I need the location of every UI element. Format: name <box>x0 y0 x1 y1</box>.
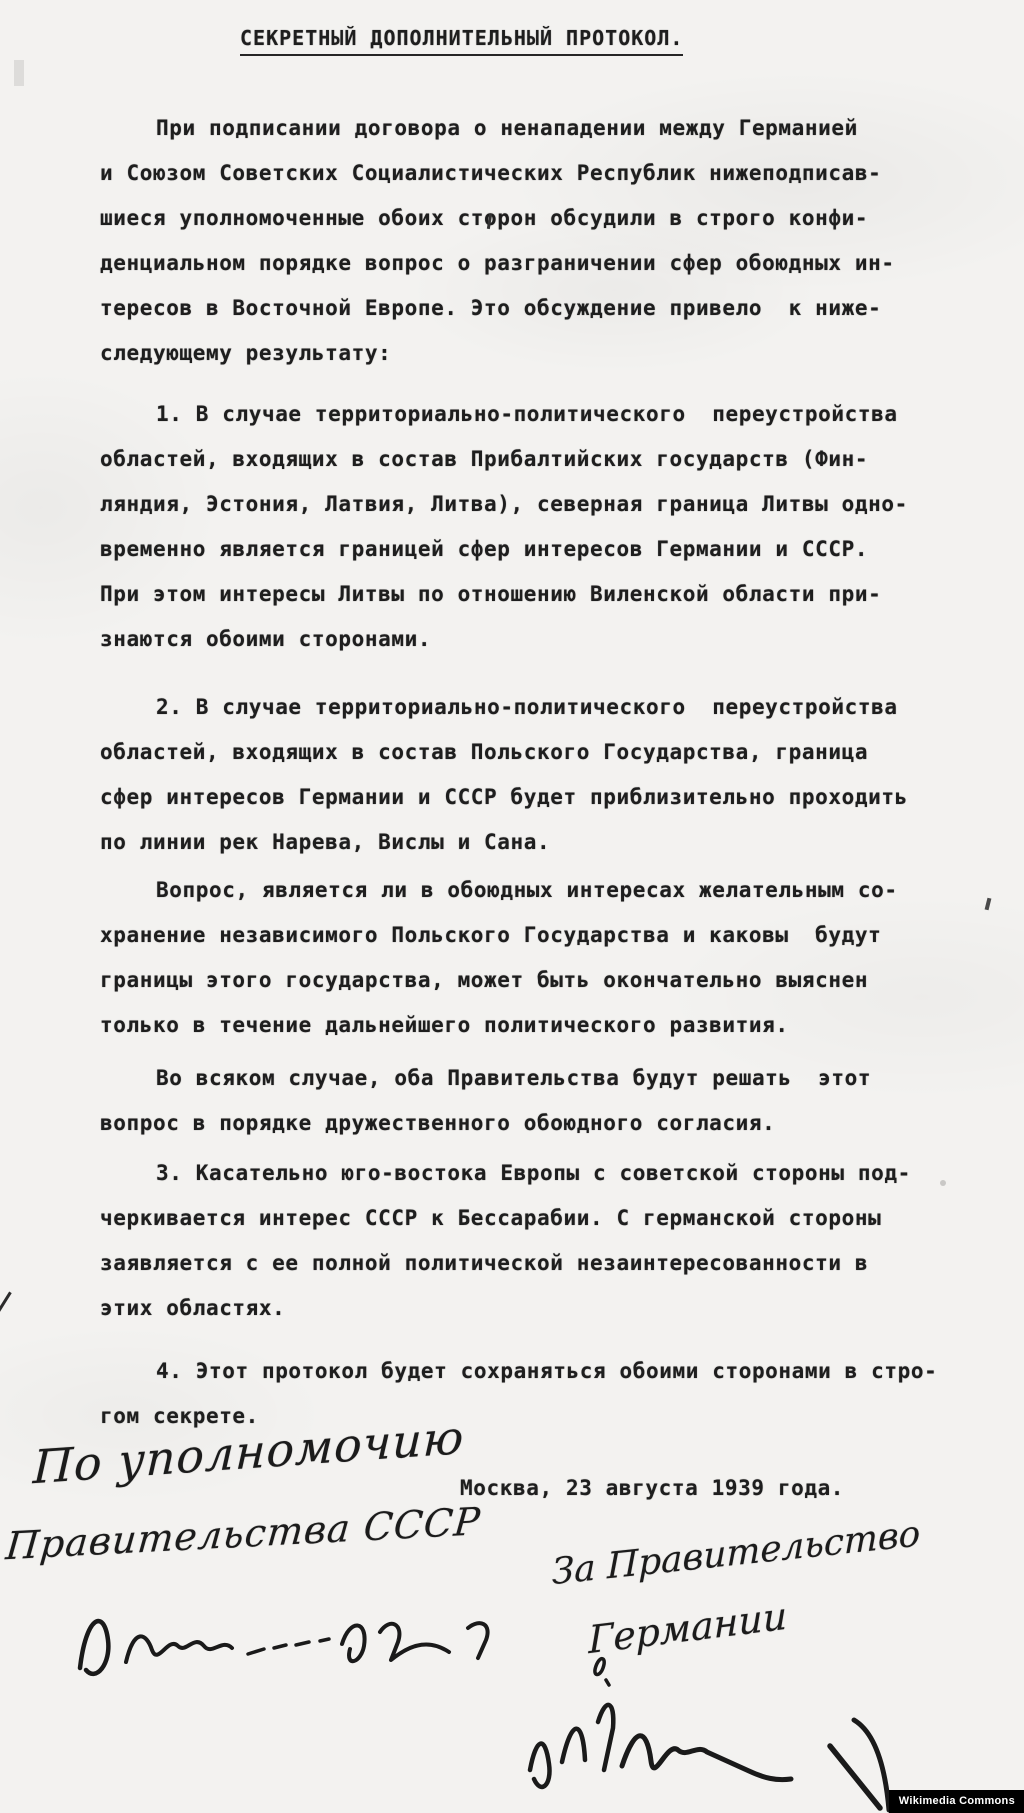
text-line: денциальном порядке вопрос о разграничен… <box>100 241 980 286</box>
text-line: шиеся уполномоченные обоих сторон обсуди… <box>100 196 980 241</box>
text-line: временно является границей сфер интересо… <box>100 527 980 572</box>
paragraph-clause-1: 1. В случае территориально-политического… <box>100 392 980 662</box>
text-line: ляндия, Эстония, Латвия, Литва), северна… <box>100 482 980 527</box>
text-line: 3. Касательно юго-востока Европы с совет… <box>100 1151 980 1196</box>
text-line: границы этого государства, может быть ок… <box>100 958 980 1003</box>
text-line: тересов в Восточной Европе. Это обсужден… <box>100 286 980 331</box>
paragraph-clause-2: 2. В случае территориально-политического… <box>100 685 980 865</box>
german-government-handwriting: За Правительство <box>552 1513 920 1593</box>
scanned-document-page: СЕКРЕТНЫЙ ДОПОЛНИТЕЛЬНЫЙ ПРОТОКОЛ. При п… <box>0 0 1024 1813</box>
scan-artifact <box>985 898 992 911</box>
text-line: областей, входящих в состав Польского Го… <box>100 730 980 775</box>
molotov-signature-scrawl <box>70 1588 510 1703</box>
paragraph-clause-3: 3. Касательно юго-востока Европы с совет… <box>100 1151 980 1331</box>
scan-artifact <box>0 1291 12 1318</box>
dateline: Москва, 23 августа 1939 года. <box>460 1476 844 1500</box>
text-line: заявляется с ее полной политической неза… <box>100 1241 980 1286</box>
text-line: сфер интересов Германии и СССР будет при… <box>100 775 980 820</box>
text-line: Вопрос, является ли в обоюдных интересах… <box>100 868 980 913</box>
text-line: При подписании договора о ненападении ме… <box>100 106 980 151</box>
document-title: СЕКРЕТНЫЙ ДОПОЛНИТЕЛЬНЫЙ ПРОТОКОЛ. <box>240 26 683 56</box>
paragraph-preamble: При подписании договора о ненападении ме… <box>100 106 980 376</box>
text-line: следующему результату: <box>100 331 980 376</box>
text-line: знаются обоими сторонами. <box>100 617 980 662</box>
text-line: черкивается интерес СССР к Бессарабии. С… <box>100 1196 980 1241</box>
text-line: областей, входящих в состав Прибалтийски… <box>100 437 980 482</box>
text-line: 1. В случае территориально-политического… <box>100 392 980 437</box>
paragraph-mutual-decision: Во всяком случае, оба Правительства буду… <box>100 1056 980 1146</box>
ribbentrop-signature-scrawl <box>500 1650 900 1813</box>
text-line: по линии рек Нарева, Вислы и Сана. <box>100 820 980 865</box>
text-line: только в течение дальнейшего политическо… <box>100 1003 980 1048</box>
scan-artifact <box>14 60 24 86</box>
scan-artifact <box>940 1180 946 1186</box>
text-line: Во всяком случае, оба Правительства буду… <box>100 1056 980 1101</box>
text-line: хранение независимого Польского Государс… <box>100 913 980 958</box>
text-line: При этом интересы Литвы по отношению Вил… <box>100 572 980 617</box>
wikimedia-commons-watermark: Wikimedia Commons <box>889 1790 1024 1813</box>
paragraph-poland-question: Вопрос, является ли в обоюдных интересах… <box>100 868 980 1048</box>
text-line: этих областях. <box>100 1286 980 1331</box>
text-line: и Союзом Советских Социалистических Респ… <box>100 151 980 196</box>
text-line: 4. Этот протокол будет сохраняться обоим… <box>100 1349 980 1394</box>
text-line: 2. В случае территориально-политического… <box>100 685 980 730</box>
soviet-government-handwriting: Правительства СССР <box>4 1499 482 1568</box>
text-line: вопрос в порядке дружественного обоюдног… <box>100 1101 980 1146</box>
